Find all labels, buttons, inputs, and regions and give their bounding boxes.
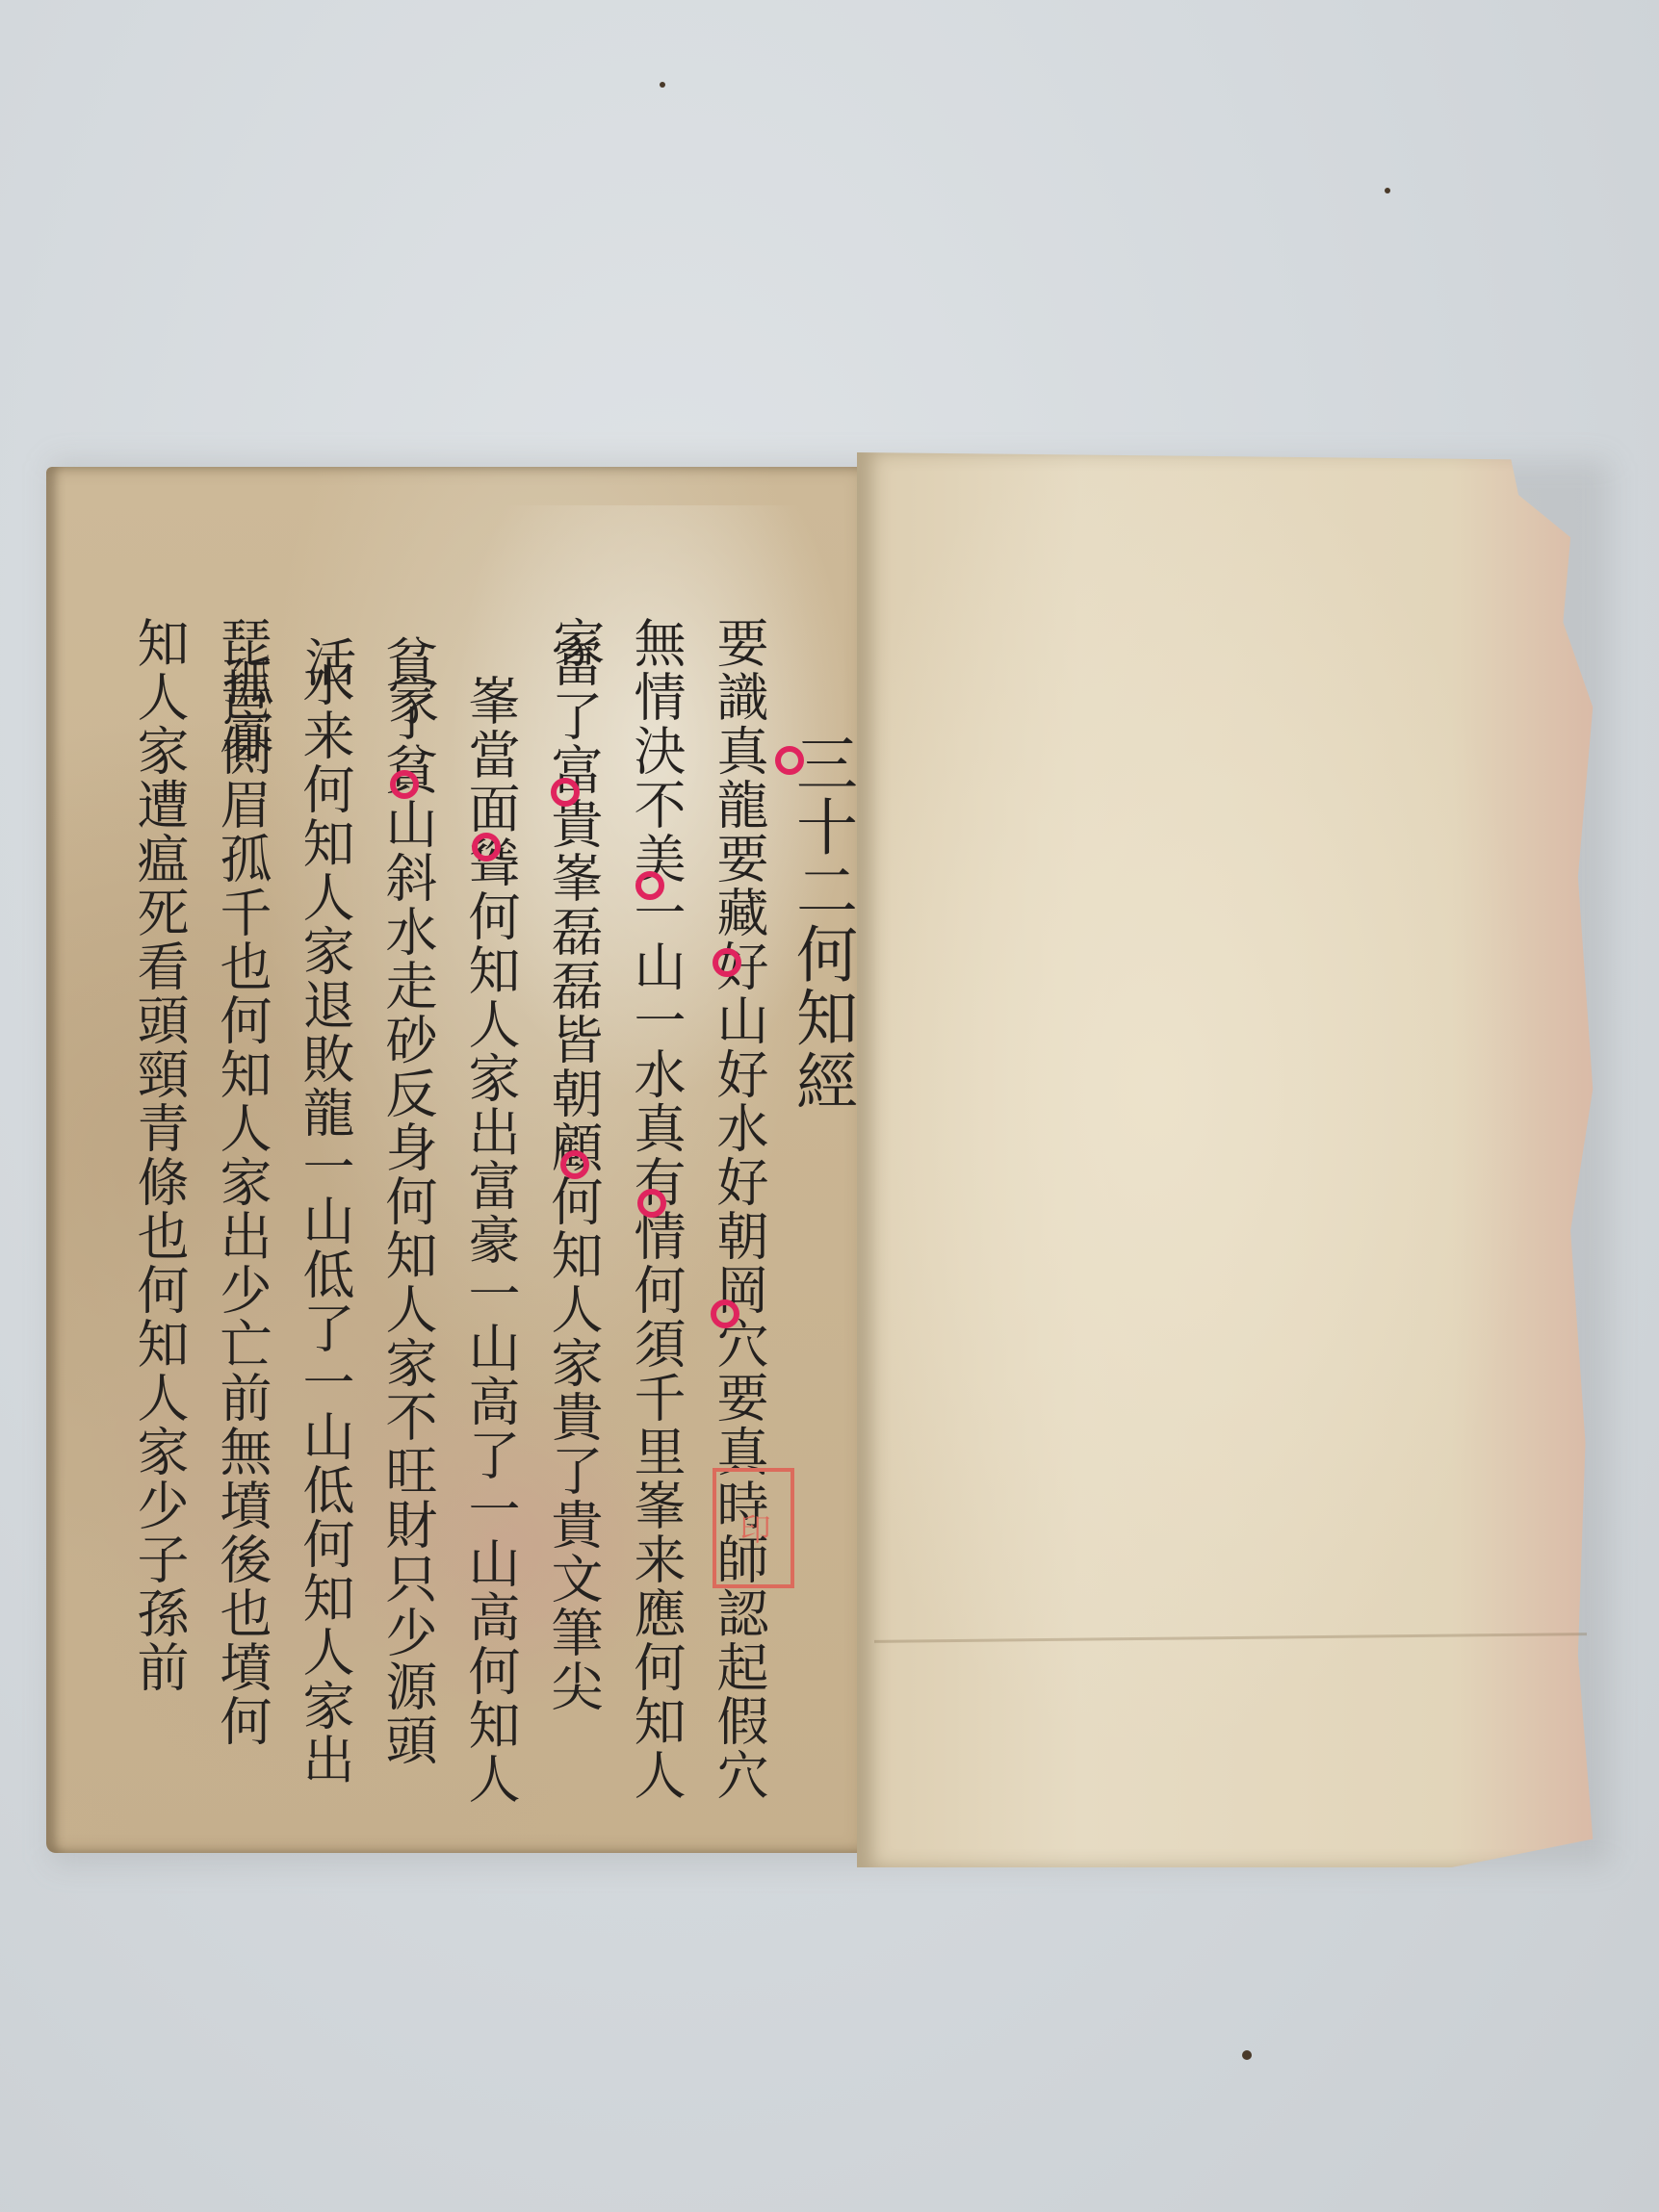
text-column-8: 琵琶側眉孤千也何知人家出少亡前無墳後也墳何 bbox=[201, 616, 282, 1810]
red-circle-mark-icon bbox=[711, 1299, 739, 1328]
red-circle-mark-icon bbox=[637, 1189, 666, 1218]
text-column-6: 貧了貧山斜水走砂反身何知人家不旺財只少源頭活 bbox=[367, 635, 448, 1810]
dust-speck bbox=[660, 82, 665, 88]
red-circle-mark-icon bbox=[390, 770, 419, 799]
dust-speck bbox=[1242, 2050, 1252, 2060]
right-blank-page bbox=[857, 452, 1600, 1867]
text-column-4: 富了富貴峯磊磊皆朝顧何知人家貴了貴文筆尖 bbox=[532, 635, 613, 1810]
dust-speck bbox=[1385, 188, 1390, 193]
red-circle-mark-icon bbox=[775, 746, 804, 775]
red-circle-mark-icon bbox=[472, 833, 501, 862]
text-column-2: 要識真龍要藏好山好水好朝岡穴要真時師認起假穴 bbox=[698, 616, 779, 1810]
manuscript-text-block: 三十二何知經 要識真龍要藏好山好水好朝岡穴要真時師認起假穴 無情決不美一山一水真… bbox=[91, 597, 862, 1810]
manuscript-title: 三十二何知經 bbox=[781, 732, 862, 1810]
red-circle-mark-icon bbox=[713, 948, 741, 977]
red-circle-mark-icon bbox=[551, 778, 580, 807]
red-circle-mark-icon bbox=[560, 1150, 589, 1179]
red-circle-mark-icon bbox=[635, 871, 664, 900]
text-column-7: 水来何知人家退敗龍一山低了一山低何知人家出孤寡 bbox=[284, 655, 365, 1810]
text-column-9: 知人家遭瘟死看頭頸青條也何知人家少子孫前 bbox=[118, 616, 199, 1810]
red-seal-stamp: 印 bbox=[713, 1468, 794, 1588]
